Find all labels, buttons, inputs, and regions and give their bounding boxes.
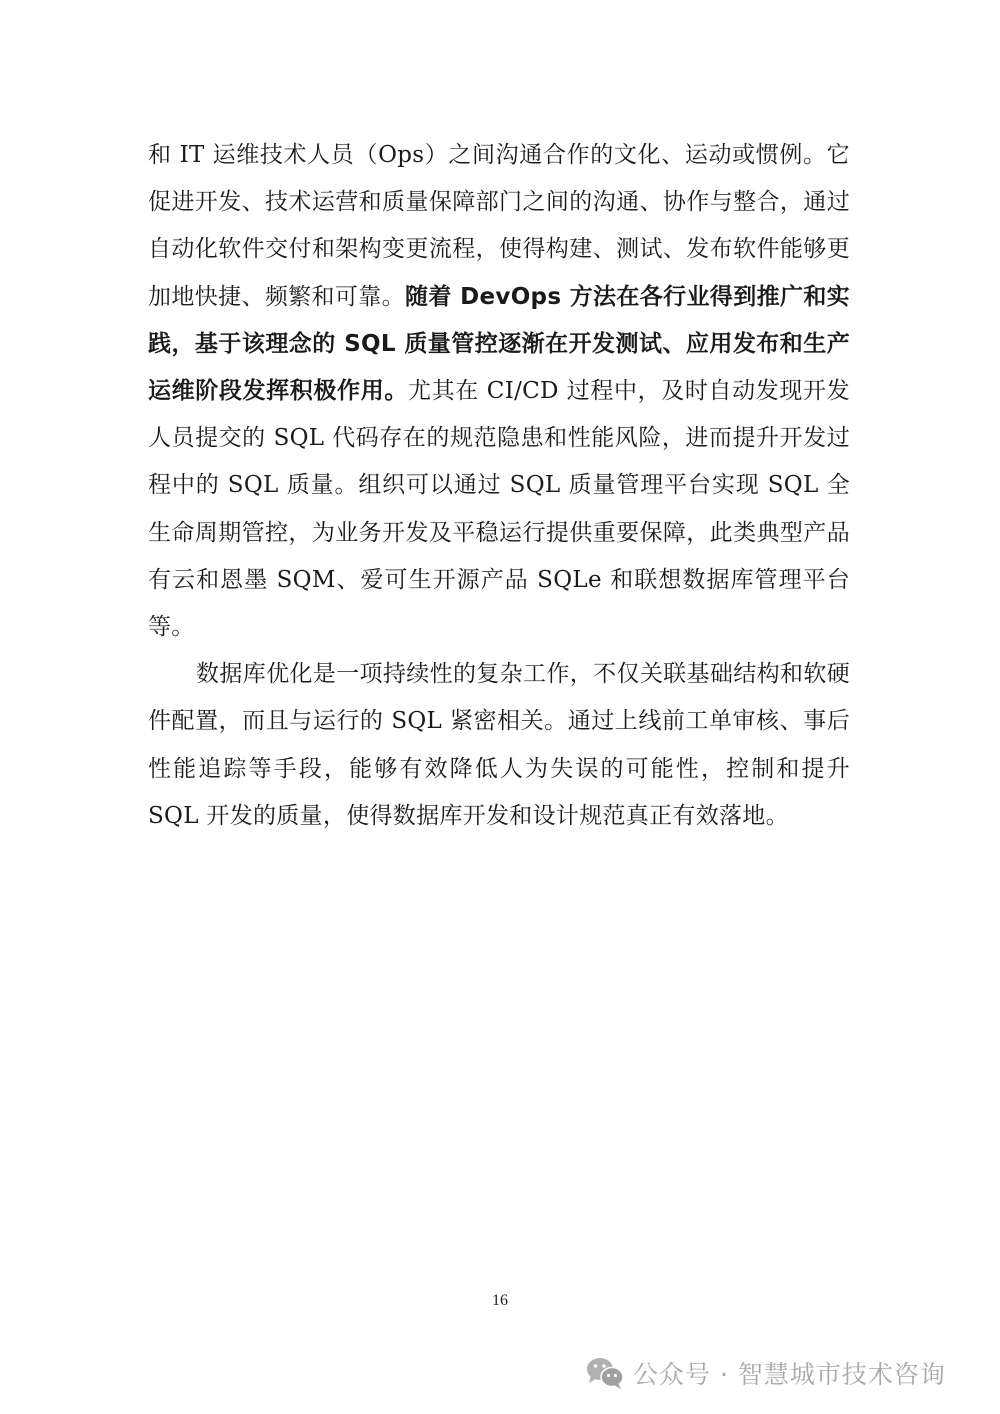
paragraph-2: 数据库优化是一项持续性的复杂工作，不仅关联基础结构和软硬件配置，而且与运行的 S…	[148, 651, 850, 840]
body-text: 和 IT 运维技术人员（Ops）之间沟通合作的文化、运动或惯例。它促进开发、技术…	[148, 132, 850, 840]
wechat-icon	[585, 1356, 625, 1390]
paragraph-2-text: 数据库优化是一项持续性的复杂工作，不仅关联基础结构和软硬件配置，而且与运行的 S…	[148, 661, 850, 829]
paragraph-1-text-b: 尤其在 CI/CD 过程中，及时自动发现开发人员提交的 SQL 代码存在的规范隐…	[148, 378, 850, 640]
page-number: 16	[0, 1292, 1000, 1310]
document-page: 和 IT 运维技术人员（Ops）之间沟通合作的文化、运动或惯例。它促进开发、技术…	[0, 0, 1000, 1414]
watermark-text: 公众号 · 智慧城市技术咨询	[633, 1355, 946, 1391]
paragraph-1: 和 IT 运维技术人员（Ops）之间沟通合作的文化、运动或惯例。它促进开发、技术…	[148, 132, 850, 651]
watermark: 公众号 · 智慧城市技术咨询	[585, 1353, 946, 1393]
